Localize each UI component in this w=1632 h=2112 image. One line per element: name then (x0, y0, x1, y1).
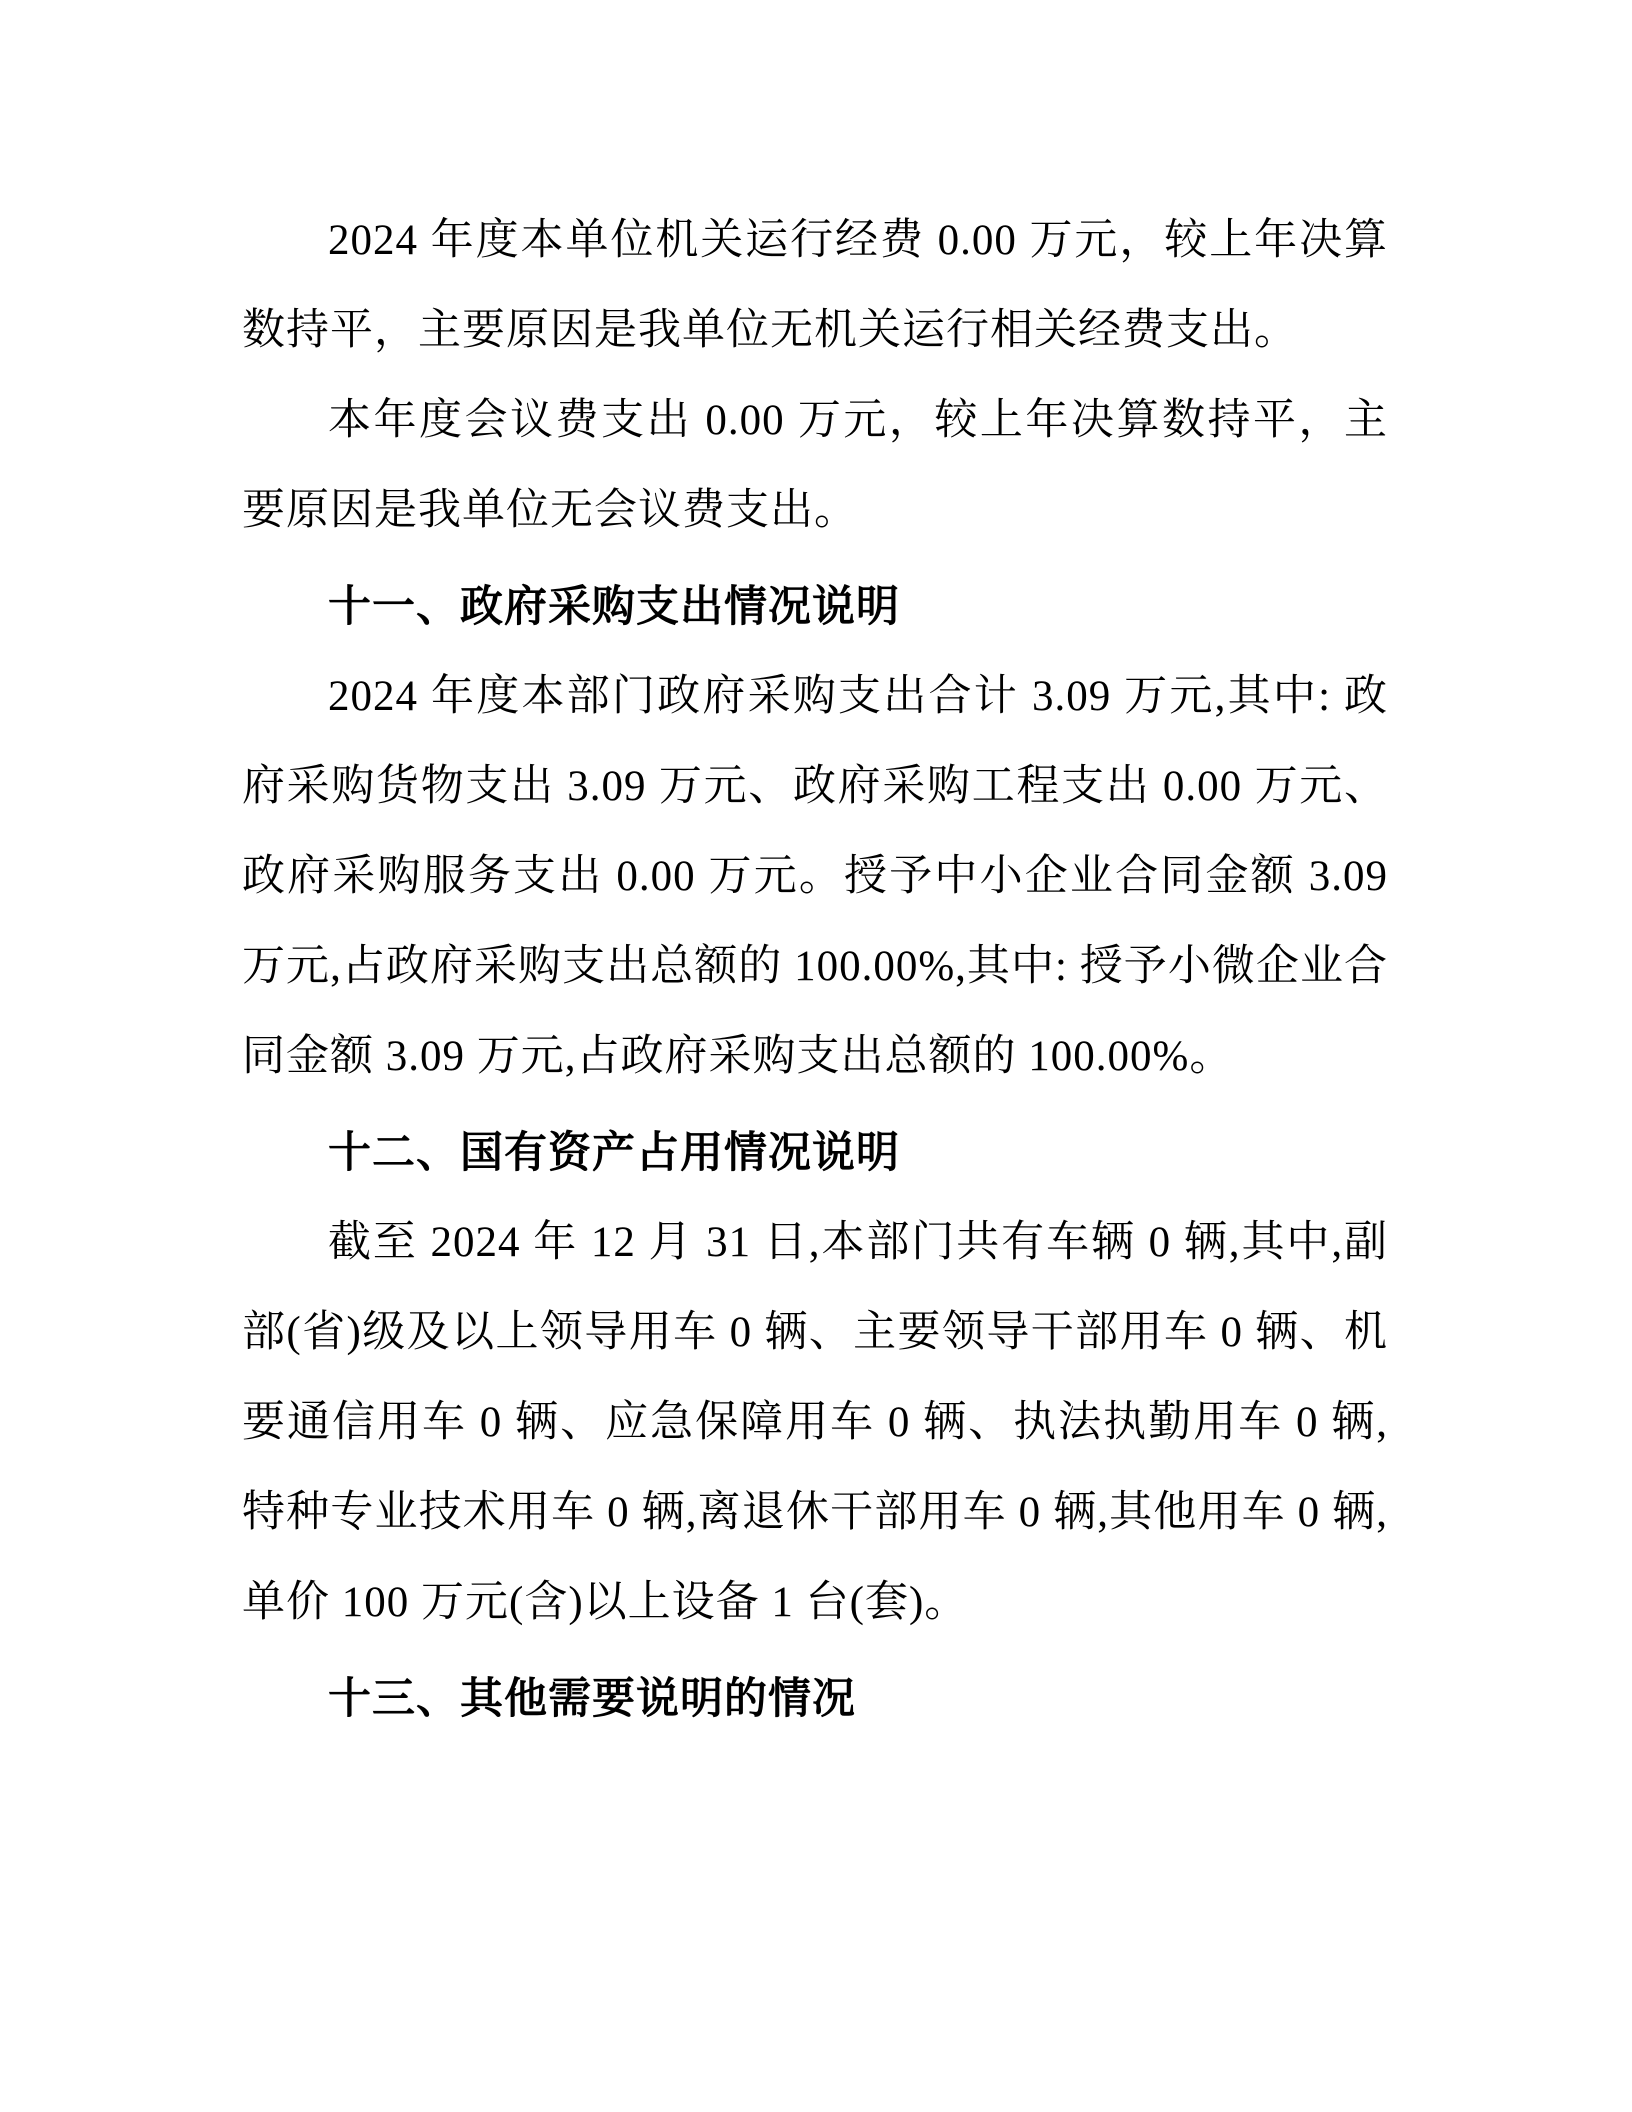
heading-section-13-other-notes: 十三、其他需要说明的情况 (242, 1654, 1388, 1744)
document-body: 2024 年度本单位机关运行经费 0.00 万元，较上年决算数持平，主要原因是我… (242, 196, 1388, 1744)
paragraph-meeting-expense: 本年度会议费支出 0.00 万元，较上年决算数持平，主要原因是我单位无会议费支出… (242, 376, 1388, 556)
document-page: 2024 年度本单位机关运行经费 0.00 万元，较上年决算数持平，主要原因是我… (0, 0, 1632, 2112)
heading-section-11-government-procurement: 十一、政府采购支出情况说明 (242, 562, 1388, 652)
heading-section-12-state-owned-assets: 十二、国有资产占用情况说明 (242, 1108, 1388, 1198)
paragraph-agency-operating-expense: 2024 年度本单位机关运行经费 0.00 万元，较上年决算数持平，主要原因是我… (242, 196, 1388, 376)
paragraph-state-owned-assets-detail: 截至 2024 年 12 月 31 日,本部门共有车辆 0 辆,其中,副部(省)… (242, 1198, 1388, 1648)
paragraph-government-procurement-detail: 2024 年度本部门政府采购支出合计 3.09 万元,其中: 政府采购货物支出 … (242, 652, 1388, 1102)
